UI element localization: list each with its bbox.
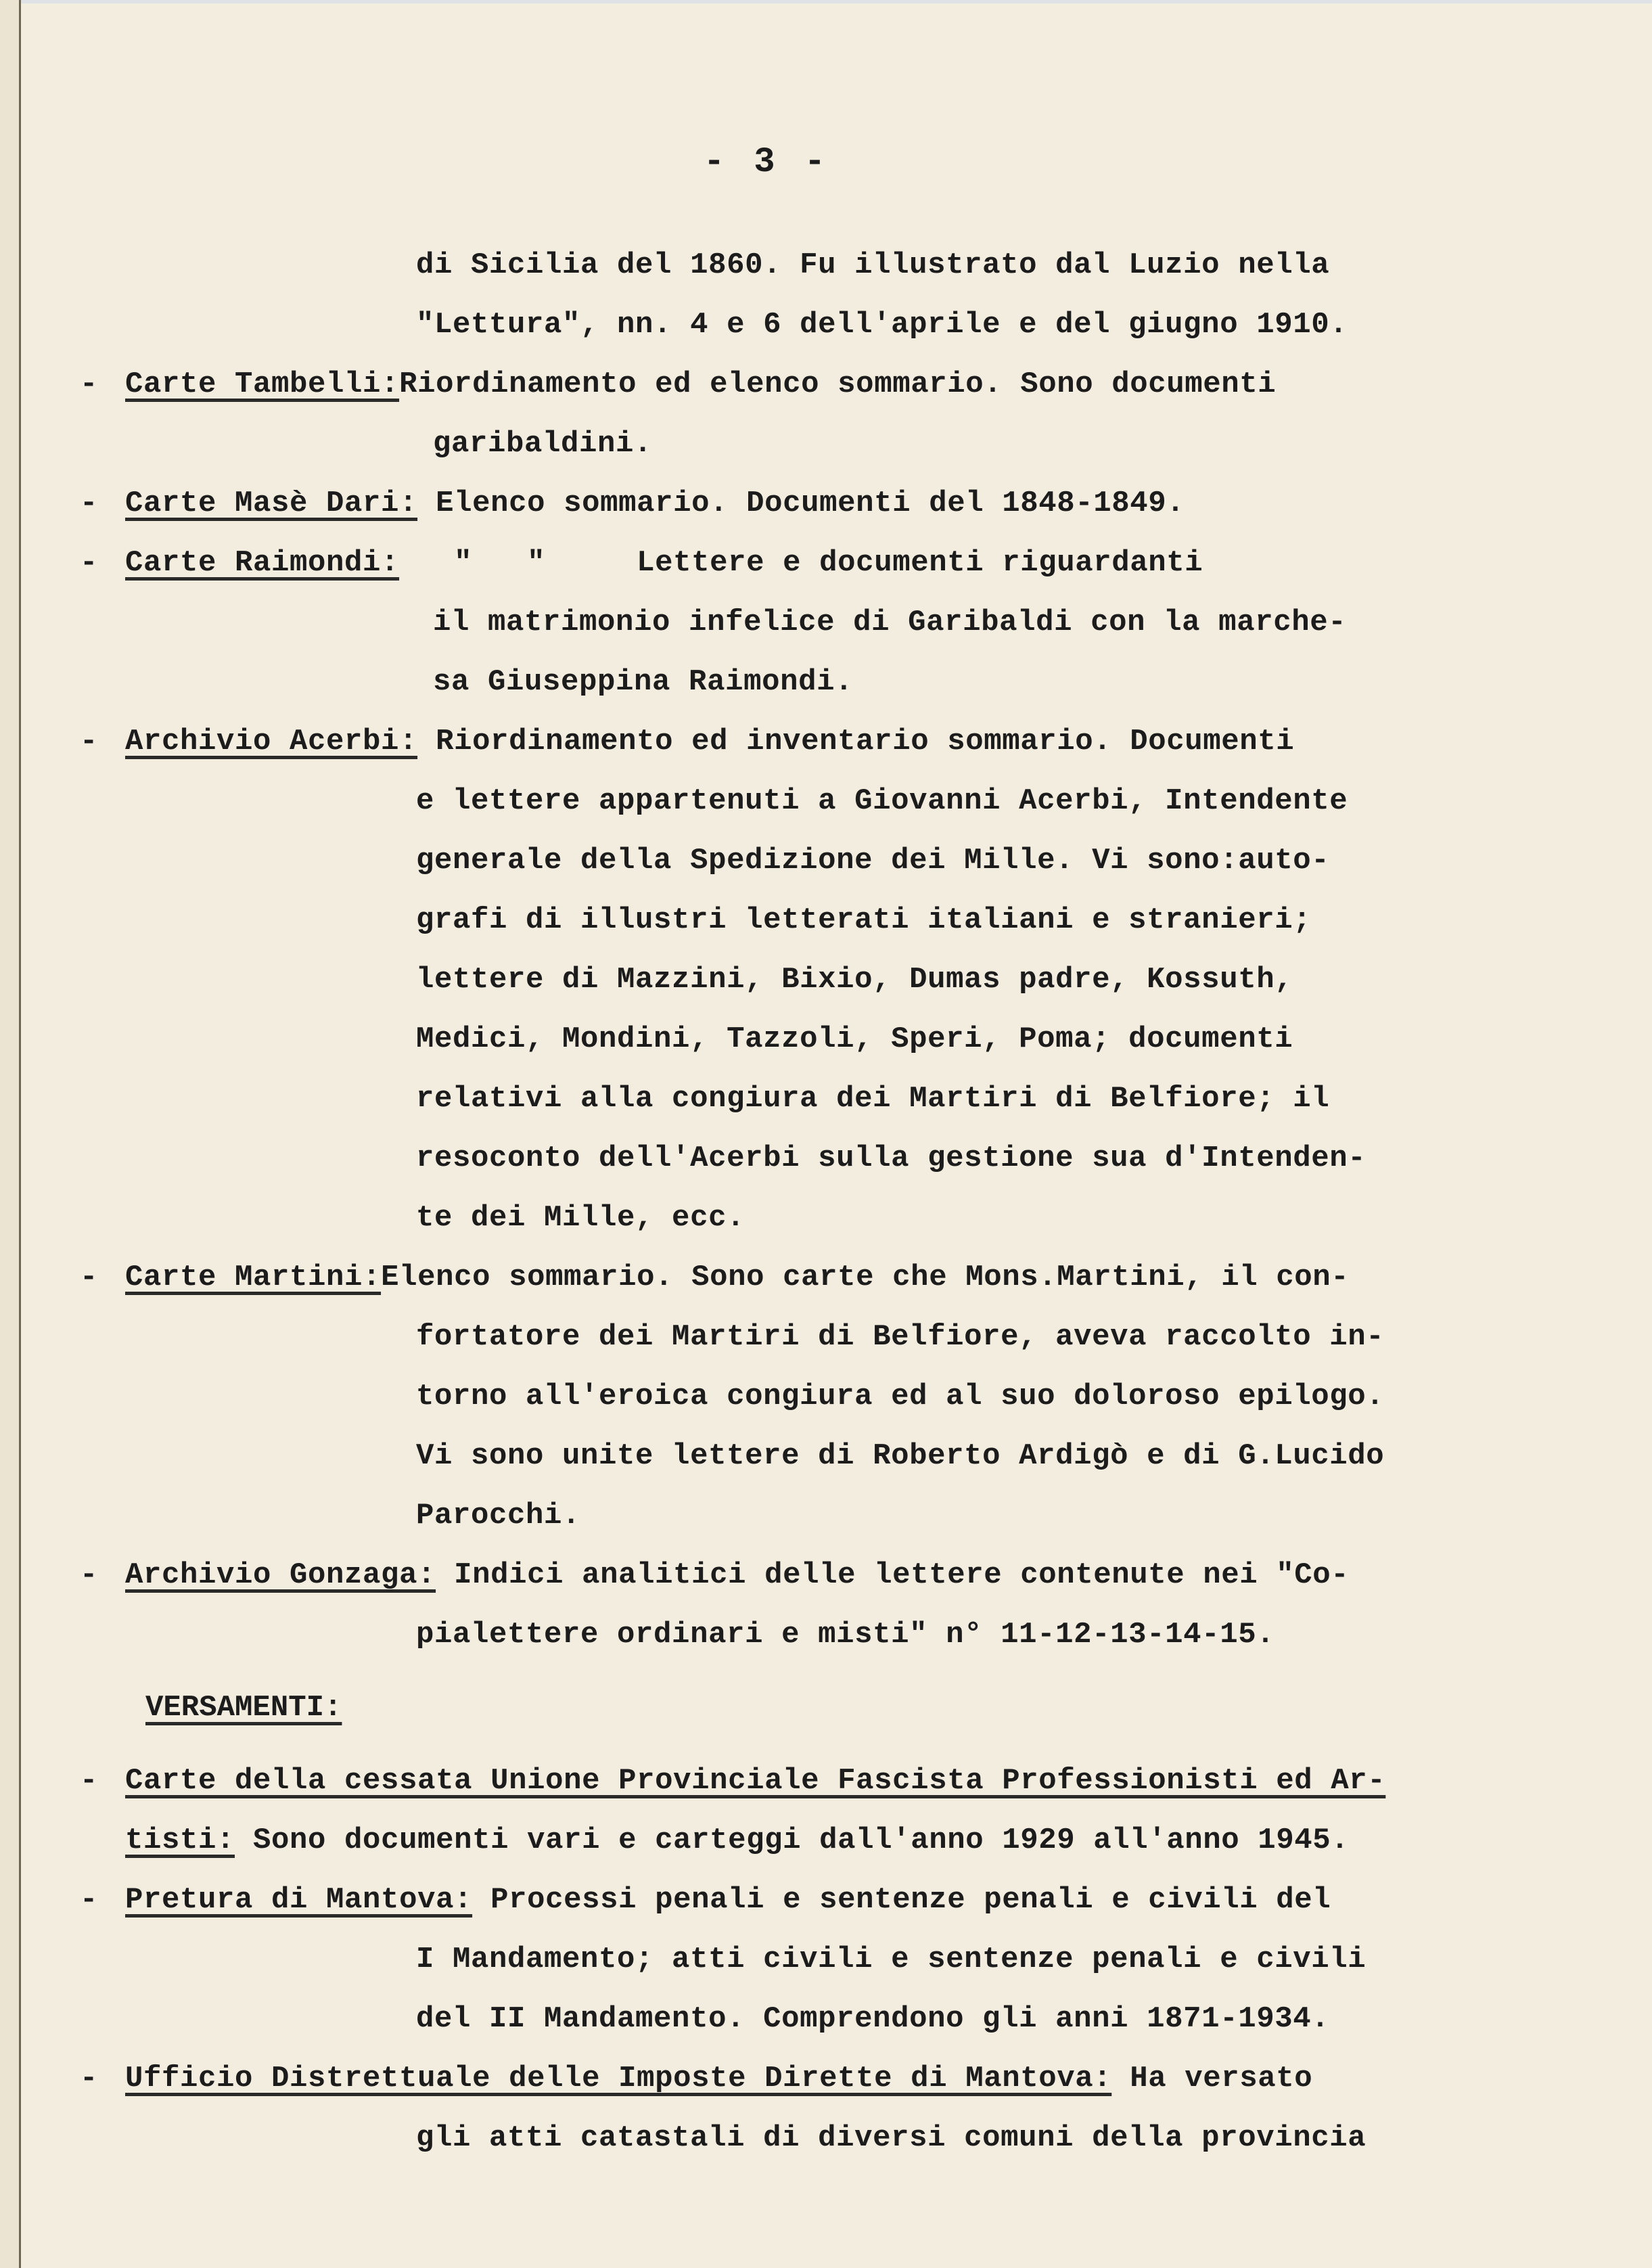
entry-martini: Carte Martini:Elenco sommario. Sono cart…: [125, 1257, 1349, 1298]
entry-text: " " Lettere e documenti riguardanti: [399, 546, 1203, 580]
entry-continuation: torno all'eroica congiura ed al suo dolo…: [416, 1376, 1384, 1417]
intro-line: "Lettura", nn. 4 e 6 dell'aprile e del g…: [416, 304, 1348, 345]
entry-raimondi: Carte Raimondi: " " Lettere e documenti …: [125, 543, 1203, 583]
entry-text: Ha versato: [1111, 2062, 1312, 2095]
bullet-dash: -: [80, 1555, 97, 1595]
entry-continuation: resoconto dell'Acerbi sulla gestione sua…: [416, 1138, 1366, 1179]
entry-continuation: Vi sono unite lettere di Roberto Ardigò …: [416, 1436, 1384, 1476]
entry-acerbi: Archivio Acerbi: Riordinamento ed invent…: [125, 721, 1294, 762]
entry-tambelli: Carte Tambelli:Riordinamento ed elenco s…: [125, 364, 1276, 405]
entry-continuation: gli atti catastali di diversi comuni del…: [416, 2118, 1366, 2158]
entry-label: tisti:: [125, 1823, 235, 1857]
entry-ufficio-distrettuale: Ufficio Distrettuale delle Imposte Diret…: [125, 2058, 1312, 2099]
bullet-dash: -: [80, 1761, 97, 1801]
entry-continuation: te dei Mille, ecc.: [416, 1198, 745, 1238]
entry-label: Carte Raimondi:: [125, 546, 399, 580]
binding-strip: [0, 0, 19, 2268]
entry-mase-dari: Carte Masè Dari: Elenco sommario. Docume…: [125, 483, 1185, 524]
entry-unione-continuation: tisti: Sono documenti vari e carteggi da…: [125, 1820, 1349, 1861]
entry-continuation: il matrimonio infelice di Garibaldi con …: [433, 602, 1346, 643]
entry-continuation: I Mandamento; atti civili e sentenze pen…: [416, 1939, 1366, 1980]
entry-label: Ufficio Distrettuale delle Imposte Diret…: [125, 2062, 1111, 2095]
entry-unione-provinciale: Carte della cessata Unione Provinciale F…: [125, 1761, 1385, 1801]
bullet-dash: -: [80, 483, 97, 524]
entry-text: Sono documenti vari e carteggi dall'anno…: [235, 1823, 1349, 1857]
section-heading-versamenti: VERSAMENTI:: [145, 1687, 342, 1728]
entry-text: Riordinamento ed elenco sommario. Sono d…: [399, 367, 1276, 401]
entry-label: Pretura di Mantova:: [125, 1883, 472, 1917]
bullet-dash: -: [80, 721, 97, 762]
entry-continuation: lettere di Mazzini, Bixio, Dumas padre, …: [416, 959, 1293, 1000]
bullet-dash: -: [80, 543, 97, 583]
entry-continuation: del II Mandamento. Comprendono gli anni …: [416, 1999, 1329, 2039]
entry-continuation: e lettere appartenuti a Giovanni Acerbi,…: [416, 781, 1348, 821]
entry-label: Carte Masè Dari:: [125, 486, 417, 520]
entry-label: Carte Tambelli:: [125, 367, 399, 401]
intro-line: di Sicilia del 1860. Fu illustrato dal L…: [416, 245, 1329, 286]
entry-continuation: fortatore dei Martiri di Belfiore, aveva…: [416, 1317, 1384, 1357]
entry-label: Archivio Acerbi:: [125, 725, 417, 758]
entry-continuation: sa Giuseppina Raimondi.: [433, 662, 853, 702]
entry-continuation: Medici, Mondini, Tazzoli, Speri, Poma; d…: [416, 1019, 1293, 1060]
entry-continuation: garibaldini.: [433, 424, 652, 464]
entry-text: Riordinamento ed inventario sommario. Do…: [417, 725, 1294, 758]
entry-pretura: Pretura di Mantova: Processi penali e se…: [125, 1880, 1331, 1920]
entry-text: Elenco sommario. Sono carte che Mons.Mar…: [381, 1261, 1349, 1294]
entry-gonzaga: Archivio Gonzaga: Indici analitici delle…: [125, 1555, 1349, 1595]
page-number: - 3 -: [704, 142, 829, 182]
entry-continuation: Parocchi.: [416, 1495, 580, 1536]
bullet-dash: -: [80, 1257, 97, 1298]
entry-text: Processi penali e sentenze penali e civi…: [472, 1883, 1331, 1917]
entry-label: Carte della cessata Unione Provinciale F…: [125, 1764, 1385, 1798]
bullet-dash: -: [80, 2058, 97, 2099]
entry-continuation: pialettere ordinari e misti" n° 11-12-13…: [416, 1614, 1275, 1655]
bullet-dash: -: [80, 1880, 97, 1920]
bullet-dash: -: [80, 364, 97, 405]
entry-text: Elenco sommario. Documenti del 1848-1849…: [417, 486, 1185, 520]
entry-continuation: generale della Spedizione dei Mille. Vi …: [416, 840, 1329, 881]
entry-continuation: relativi alla congiura dei Martiri di Be…: [416, 1079, 1329, 1119]
entry-label: Archivio Gonzaga:: [125, 1558, 436, 1592]
entry-label: Carte Martini:: [125, 1261, 381, 1294]
entry-text: Indici analitici delle lettere contenute…: [436, 1558, 1349, 1592]
entry-continuation: grafi di illustri letterati italiani e s…: [416, 900, 1311, 940]
